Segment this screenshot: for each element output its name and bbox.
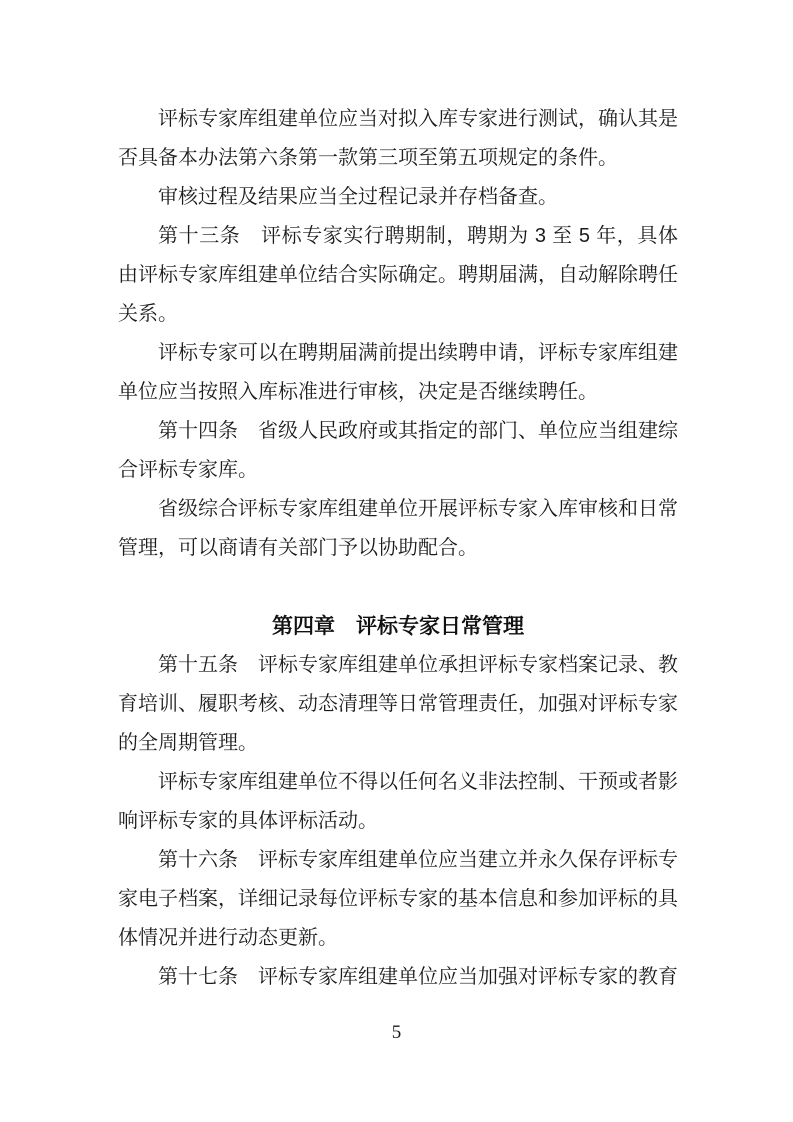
body-paragraph: 第十三条 评标专家实行聘期制，聘期为 3 至 5 年，具体由评标专家库组建单位结…	[118, 217, 678, 334]
body-paragraph: 省级综合评标专家库组建单位开展评标专家入库审核和日常管理，可以商请有关部门予以协…	[118, 490, 678, 568]
body-paragraph: 审核过程及结果应当全过程记录并存档备查。	[118, 178, 678, 217]
body-paragraph: 评标专家库组建单位应当对拟入库专家进行测试，确认其是否具备本办法第六条第一款第三…	[118, 100, 678, 178]
document-content: 评标专家库组建单位应当对拟入库专家进行测试，确认其是否具备本办法第六条第一款第三…	[118, 100, 678, 997]
document-page: 评标专家库组建单位应当对拟入库专家进行测试，确认其是否具备本办法第六条第一款第三…	[0, 0, 793, 1122]
body-paragraph: 第十五条 评标专家库组建单位承担评标专家档案记录、教育培训、履职考核、动态清理等…	[118, 646, 678, 763]
page-footer: 5	[0, 1013, 793, 1052]
body-paragraph: 第十四条 省级人民政府或其指定的部门、单位应当组建综合评标专家库。	[118, 412, 678, 490]
body-paragraph: 评标专家可以在聘期届满前提出续聘申请，评标专家库组建单位应当按照入库标准进行审核…	[118, 334, 678, 412]
body-paragraph: 第十六条 评标专家库组建单位应当建立并永久保存评标专家电子档案，详细记录每位评标…	[118, 841, 678, 958]
chapter-heading: 第四章 评标专家日常管理	[118, 607, 678, 646]
body-paragraph: 第十七条 评标专家库组建单位应当加强对评标专家的教育	[118, 958, 678, 997]
body-paragraph: 评标专家库组建单位不得以任何名义非法控制、干预或者影响评标专家的具体评标活动。	[118, 763, 678, 841]
page-number: 5	[392, 1022, 402, 1043]
